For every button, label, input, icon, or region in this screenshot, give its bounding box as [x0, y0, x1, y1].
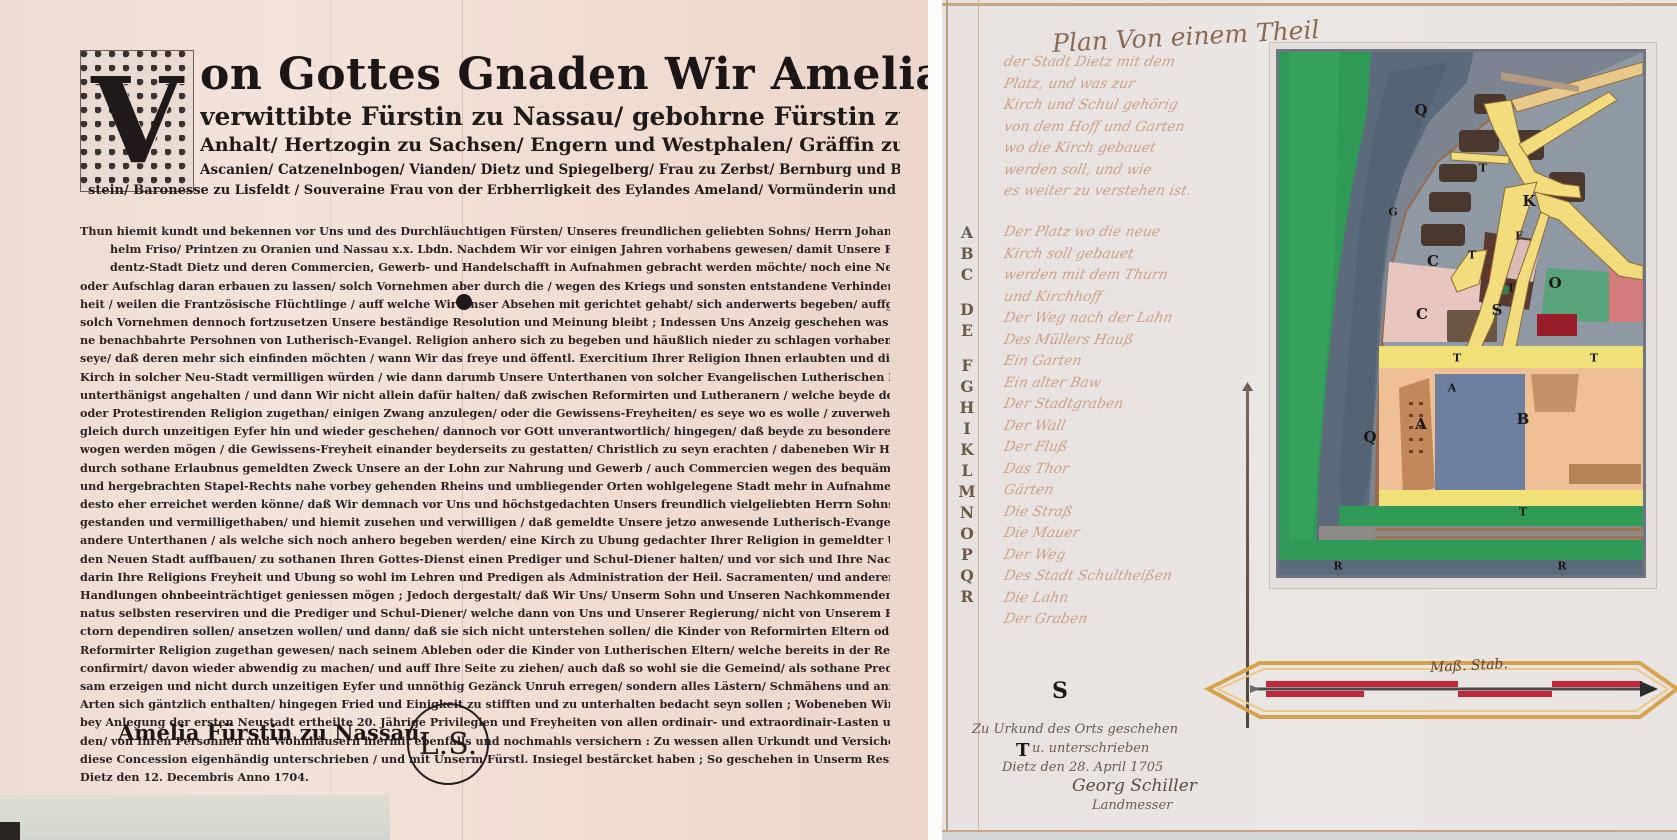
- decree-body: Thun hiemit kundt und bekennen vor Uns u…: [80, 222, 890, 786]
- body-line: und hergebrachten Stapel-Rechts nahe vor…: [80, 477, 890, 495]
- legend-letters: A B C D E F G H I K L M N O P Q R: [956, 222, 978, 607]
- map-label-b: B: [1517, 410, 1530, 428]
- map-label-c: C: [1416, 305, 1428, 323]
- map-label-t: T: [1507, 282, 1515, 295]
- map-label-q: Q: [1363, 428, 1376, 446]
- body-line: solch Vornehmen dennoch fortzusetzen Uns…: [80, 313, 890, 331]
- legend-notes: Der Platz wo die neue Kirch soll gebauet…: [1004, 222, 1214, 631]
- decree-heading-line-3: Anhalt/ Hertzogin zu Sachsen/ Engern und…: [200, 134, 900, 156]
- page-border: [942, 3, 1677, 6]
- body-line: den Neuen Stadt auffbauen/ zu sothanen I…: [80, 550, 890, 568]
- decree-heading-line-5: stein/ Baronesse zu Lisfeldt / Souverain…: [88, 183, 900, 198]
- paper-corner: [0, 822, 20, 840]
- body-line: unterthänigst angehalten / und dann Wir …: [80, 386, 890, 404]
- map-label-f: F: [1515, 230, 1523, 243]
- town-plan-map: Q G T K T F T O S C C T T A A B Q T R R: [1276, 49, 1646, 578]
- map-label-k: K: [1522, 192, 1535, 210]
- map-drawing: [1279, 52, 1643, 575]
- paper-stain: [0, 795, 390, 840]
- margin-notes: der Stadt Dietz mit dem Platz, und was z…: [1004, 52, 1214, 203]
- map-label-q: Q: [1414, 101, 1427, 119]
- body-line: andere Unterthanen / als welche sich noc…: [80, 531, 890, 549]
- margin-rule: [978, 0, 979, 840]
- map-label-t: T: [1519, 506, 1527, 519]
- body-line: wogen werden mögen / die Gewissens-Freyh…: [80, 440, 890, 458]
- body-line: desto eher erreichet werden könne/ daß W…: [80, 495, 890, 513]
- page-border: [946, 0, 948, 840]
- map-label-s: S: [1492, 301, 1503, 319]
- body-line: Thun hiemit kundt und bekennen vor Uns u…: [80, 222, 890, 240]
- map-label-t: T: [1590, 352, 1598, 365]
- body-line: ne benachbahrte Persohnen von Lutherisch…: [80, 331, 890, 349]
- decree-document: V on Gottes Gnaden Wir Amelia/ verwittib…: [0, 0, 940, 840]
- seal-ls: L.S.: [407, 703, 489, 785]
- scale-bar: Maß. Stab.: [1200, 655, 1677, 727]
- map-label-g: G: [1388, 206, 1397, 219]
- body-line: gestanden und vermilligethaben/ und hiem…: [80, 513, 890, 531]
- page-edge: [942, 832, 1677, 840]
- body-line: confirmirt/ davon wieder abwendig zu mac…: [80, 659, 890, 677]
- body-line: helm Friso/ Printzen zu Oranien und Nass…: [80, 240, 890, 258]
- body-line: Reformirter Religion zugethan gewesen/ n…: [80, 641, 890, 659]
- map-frame: Q G T K T F T O S C C T T A A B Q T R R: [1269, 42, 1657, 589]
- surveyor-signoff: Zu Urkund des Orts geschehen u. untersch…: [972, 720, 1222, 815]
- map-label-c: C: [1427, 252, 1439, 270]
- body-line: Arten sich gäntzlich enthalten/ hingegen…: [80, 695, 890, 713]
- body-line: durch sothane Erlaubnus gemeldten Zweck …: [80, 459, 890, 477]
- ink-blot: [456, 294, 472, 310]
- map-label-t: T: [1453, 352, 1461, 365]
- document-gap: [928, 0, 942, 840]
- body-line: dentz-Stadt Dietz und deren Commercien, …: [80, 258, 890, 276]
- ornamental-drop-cap: V: [80, 50, 194, 192]
- signature: Amelia Fürstin zu Nassau.: [118, 720, 427, 745]
- map-label-a: A: [1415, 415, 1427, 433]
- map-label-o: O: [1548, 274, 1561, 292]
- body-line: heit / weilen die Frantzösische Flüchtli…: [80, 295, 890, 313]
- body-line: oder Aufschlag daran erbauen zu lassen/ …: [80, 277, 890, 295]
- map-label-t: T: [1468, 249, 1476, 262]
- map-label-r: R: [1333, 560, 1342, 573]
- legend-letter-s: S: [1052, 678, 1068, 704]
- body-line: Handlungen ohnbeeinträchtiget geniessen …: [80, 586, 890, 604]
- body-line: gleich durch unzeitigen Eyfer hin und wi…: [80, 422, 890, 440]
- map-label-a: A: [1448, 382, 1457, 395]
- decree-heading-line-4: Ascanien/ Catzenelnbogen/ Vianden/ Dietz…: [200, 162, 900, 178]
- body-line: seye/ daß deren mehr sich einfinden möch…: [80, 349, 890, 367]
- map-label-t: T: [1479, 162, 1487, 175]
- body-line: ctorn dependiren sollen/ ansetzen wollen…: [80, 622, 890, 640]
- body-line: oder Protestirenden Religion zugethan/ e…: [80, 404, 890, 422]
- body-line: natus selbsten reserviren und die Predig…: [80, 604, 890, 622]
- map-label-r: R: [1557, 560, 1566, 573]
- body-line: sam erzeigen und nicht durch unzeitigen …: [80, 677, 890, 695]
- decree-heading-line-2: verwittibte Fürstin zu Nassau/ gebohrne …: [200, 102, 900, 131]
- decree-heading-line-1: on Gottes Gnaden Wir Amelia/: [200, 50, 900, 100]
- body-line: darin Ihre Religions Freyheit und Ubung …: [80, 568, 890, 586]
- body-dateline: Dietz den 12. Decembris Anno 1704.: [80, 768, 890, 786]
- body-line: Kirch in solcher Neu-Stadt vermilligen w…: [80, 368, 890, 386]
- plan-document: Plan Von einem Theil der Stadt Dietz mit…: [942, 0, 1677, 840]
